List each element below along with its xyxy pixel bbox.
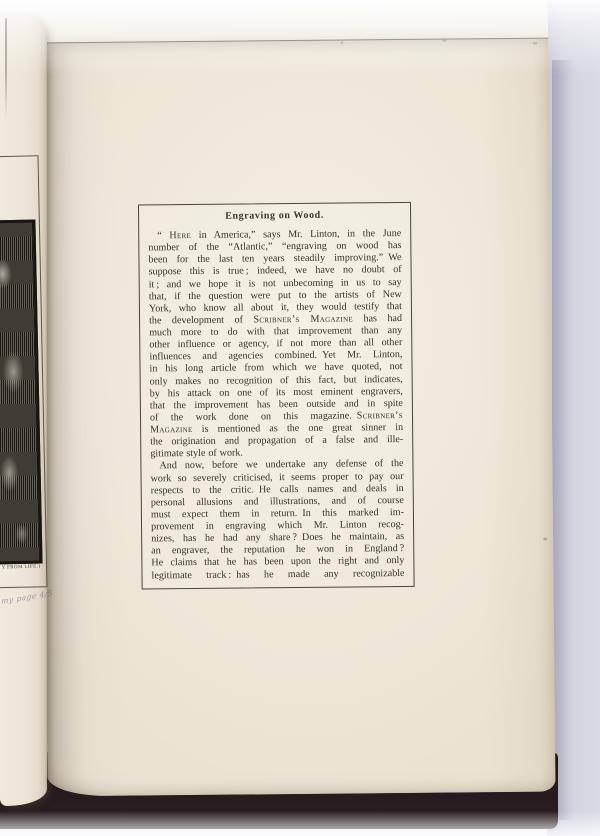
foxing-spot [340,42,343,44]
book-photograph: Engraving on Wood. “ Here in America,” s… [0,0,600,836]
foxing-spot [442,40,446,42]
engraving-image [0,220,43,565]
right-page: Engraving on Wood. “ Here in America,” s… [40,38,555,797]
article-text-block: Engraving on Wood. “ Here in America,” s… [138,202,415,590]
article-heading: Engraving on Wood. [148,209,401,222]
small-caps-text: Scribner’s [357,410,403,421]
text-line: legitimate track : has he made any recog… [151,567,404,582]
article-body: “ Here in America,” says Mr. Linton, in … [148,228,404,582]
foxing-spot [543,538,547,541]
page-leaf-edge [5,18,7,118]
small-caps-text: Scribner’s Magazine [253,313,353,325]
foxing-spot [532,42,537,45]
small-caps-text: Magazine [150,424,193,435]
small-caps-text: Here [169,230,191,241]
left-page: Y FROM LIFE.) my page 4/5 [0,14,47,806]
book-edge-shadow [552,60,582,820]
